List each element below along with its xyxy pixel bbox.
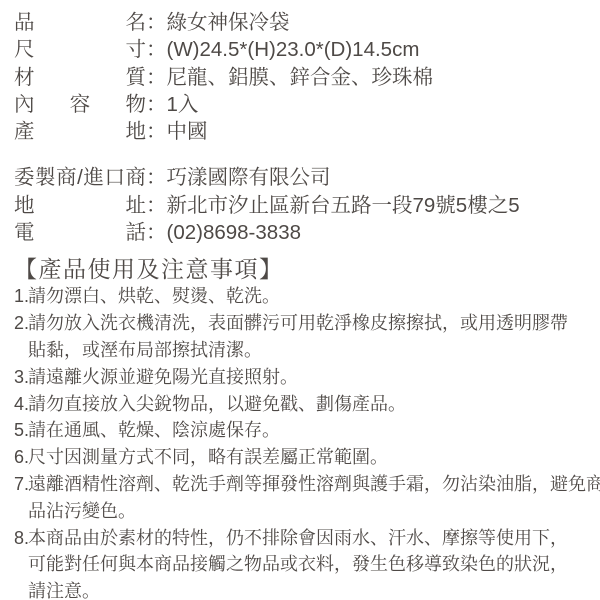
spec-value-address: 新北市汐止區新台五路一段79號5樓之5 bbox=[167, 192, 520, 219]
notices-heading: 【產品使用及注意事項】 bbox=[14, 256, 600, 283]
notice-number: 5. bbox=[14, 417, 28, 444]
spec-label: 產地 bbox=[14, 118, 146, 145]
spec-colon: ： bbox=[146, 91, 167, 118]
notice-number: 2. bbox=[14, 310, 28, 364]
notice-item: 2. 請勿放入洗衣機清洗，表面髒污可用乾淨橡皮擦擦拭，或用透明膠帶 貼黏，或溼布… bbox=[14, 310, 600, 364]
spec-label: 電話 bbox=[14, 219, 146, 246]
notice-item: 5. 請在通風、乾燥、陰涼處保存。 bbox=[14, 417, 600, 444]
notice-number: 6. bbox=[14, 444, 28, 471]
notice-item: 1. 請勿漂白、烘乾、熨燙、乾洗。 bbox=[14, 283, 600, 310]
spec-colon: ： bbox=[146, 192, 167, 219]
spec-value-phone: (02)8698-3838 bbox=[167, 219, 302, 246]
spec-label: 尺寸 bbox=[14, 36, 146, 63]
spec-colon: ： bbox=[146, 118, 167, 145]
spec-value-manufacturer: 巧漾國際有限公司 bbox=[167, 164, 331, 191]
spec-colon: ： bbox=[146, 164, 167, 191]
notice-line: 可能對任何與本商品接觸之物品或衣料，發生色移導致染色的狀況， bbox=[28, 551, 568, 578]
spec-value-contents: 1入 bbox=[167, 91, 199, 118]
company-info-group: 委製商/進口商 ： 巧漾國際有限公司 地址 ： 新北市汐止區新台五路一段79號5… bbox=[14, 164, 600, 246]
spec-label: 地址 bbox=[14, 192, 146, 219]
spec-colon: ： bbox=[146, 64, 167, 91]
notice-number: 3. bbox=[14, 364, 28, 391]
notice-item: 3. 請遠離火源並避免陽光直接照射。 bbox=[14, 364, 600, 391]
notice-line: 請注意。 bbox=[28, 578, 568, 600]
spec-row-address: 地址 ： 新北市汐止區新台五路一段79號5樓之5 bbox=[14, 192, 600, 219]
spec-row-phone: 電話 ： (02)8698-3838 bbox=[14, 219, 600, 246]
notice-item: 8. 本商品由於素材的特性，仍不排除會因雨水、汗水、摩擦等使用下， 可能對任何與… bbox=[14, 525, 600, 600]
notice-list: 1. 請勿漂白、烘乾、熨燙、乾洗。 2. 請勿放入洗衣機清洗，表面髒污可用乾淨橡… bbox=[14, 283, 600, 600]
spec-row-dimensions: 尺寸 ： (W)24.5*(H)23.0*(D)14.5cm bbox=[14, 36, 600, 63]
notice-line: 貼黏，或溼布局部擦拭清潔。 bbox=[28, 337, 568, 364]
spec-value-dimensions: (W)24.5*(H)23.0*(D)14.5cm bbox=[167, 36, 420, 63]
notice-line: 請勿漂白、烘乾、熨燙、乾洗。 bbox=[28, 283, 280, 310]
spec-row-materials: 材質 ： 尼龍、鋁膜、鋅合金、珍珠棉 bbox=[14, 64, 600, 91]
notice-number: 7. bbox=[14, 471, 28, 525]
spec-label: 內容物 bbox=[14, 91, 146, 118]
spec-row-contents: 內容物 ： 1入 bbox=[14, 91, 600, 118]
notice-line: 請勿放入洗衣機清洗，表面髒污可用乾淨橡皮擦擦拭，或用透明膠帶 bbox=[28, 310, 568, 337]
notice-line: 本商品由於素材的特性，仍不排除會因雨水、汗水、摩擦等使用下， bbox=[28, 525, 568, 552]
spec-colon: ： bbox=[146, 219, 167, 246]
spec-colon: ： bbox=[146, 9, 167, 36]
notice-line: 品沾污變色。 bbox=[28, 498, 600, 525]
spec-label: 品名 bbox=[14, 9, 146, 36]
usage-notices-section: 【產品使用及注意事項】 1. 請勿漂白、烘乾、熨燙、乾洗。 2. 請勿放入洗衣機… bbox=[14, 256, 600, 600]
notice-number: 8. bbox=[14, 525, 28, 600]
notice-line: 請勿直接放入尖銳物品，以避免戳、劃傷產品。 bbox=[28, 391, 406, 418]
notice-item: 6. 尺寸因測量方式不同，略有誤差屬正常範圍。 bbox=[14, 444, 600, 471]
spec-row-manufacturer: 委製商/進口商 ： 巧漾國際有限公司 bbox=[14, 164, 600, 191]
product-spec-group: 品名 ： 綠女神保冷袋 尺寸 ： (W)24.5*(H)23.0*(D)14.5… bbox=[14, 9, 600, 145]
notice-line: 遠離酒精性溶劑、乾洗手劑等揮發性溶劑與護手霜，勿沾染油脂，避免商 bbox=[28, 471, 600, 498]
notice-item: 4. 請勿直接放入尖銳物品，以避免戳、劃傷產品。 bbox=[14, 391, 600, 418]
notice-number: 1. bbox=[14, 283, 28, 310]
notice-line: 尺寸因測量方式不同，略有誤差屬正常範圍。 bbox=[28, 444, 388, 471]
spec-value-product-name: 綠女神保冷袋 bbox=[167, 9, 290, 36]
spec-label: 材質 bbox=[14, 64, 146, 91]
notice-item: 7. 遠離酒精性溶劑、乾洗手劑等揮發性溶劑與護手霜，勿沾染油脂，避免商 品沾污變… bbox=[14, 471, 600, 525]
notice-line: 請在通風、乾燥、陰涼處保存。 bbox=[28, 417, 280, 444]
notice-line: 請遠離火源並避免陽光直接照射。 bbox=[28, 364, 298, 391]
spec-colon: ： bbox=[146, 36, 167, 63]
spec-value-origin: 中國 bbox=[167, 118, 208, 145]
notice-number: 4. bbox=[14, 391, 28, 418]
spec-label: 委製商/進口商 bbox=[14, 164, 146, 191]
product-label-page: 品名 ： 綠女神保冷袋 尺寸 ： (W)24.5*(H)23.0*(D)14.5… bbox=[0, 0, 600, 600]
spec-value-materials: 尼龍、鋁膜、鋅合金、珍珠棉 bbox=[167, 64, 434, 91]
spec-row-product-name: 品名 ： 綠女神保冷袋 bbox=[14, 9, 600, 36]
spec-row-origin: 產地 ： 中國 bbox=[14, 118, 600, 145]
